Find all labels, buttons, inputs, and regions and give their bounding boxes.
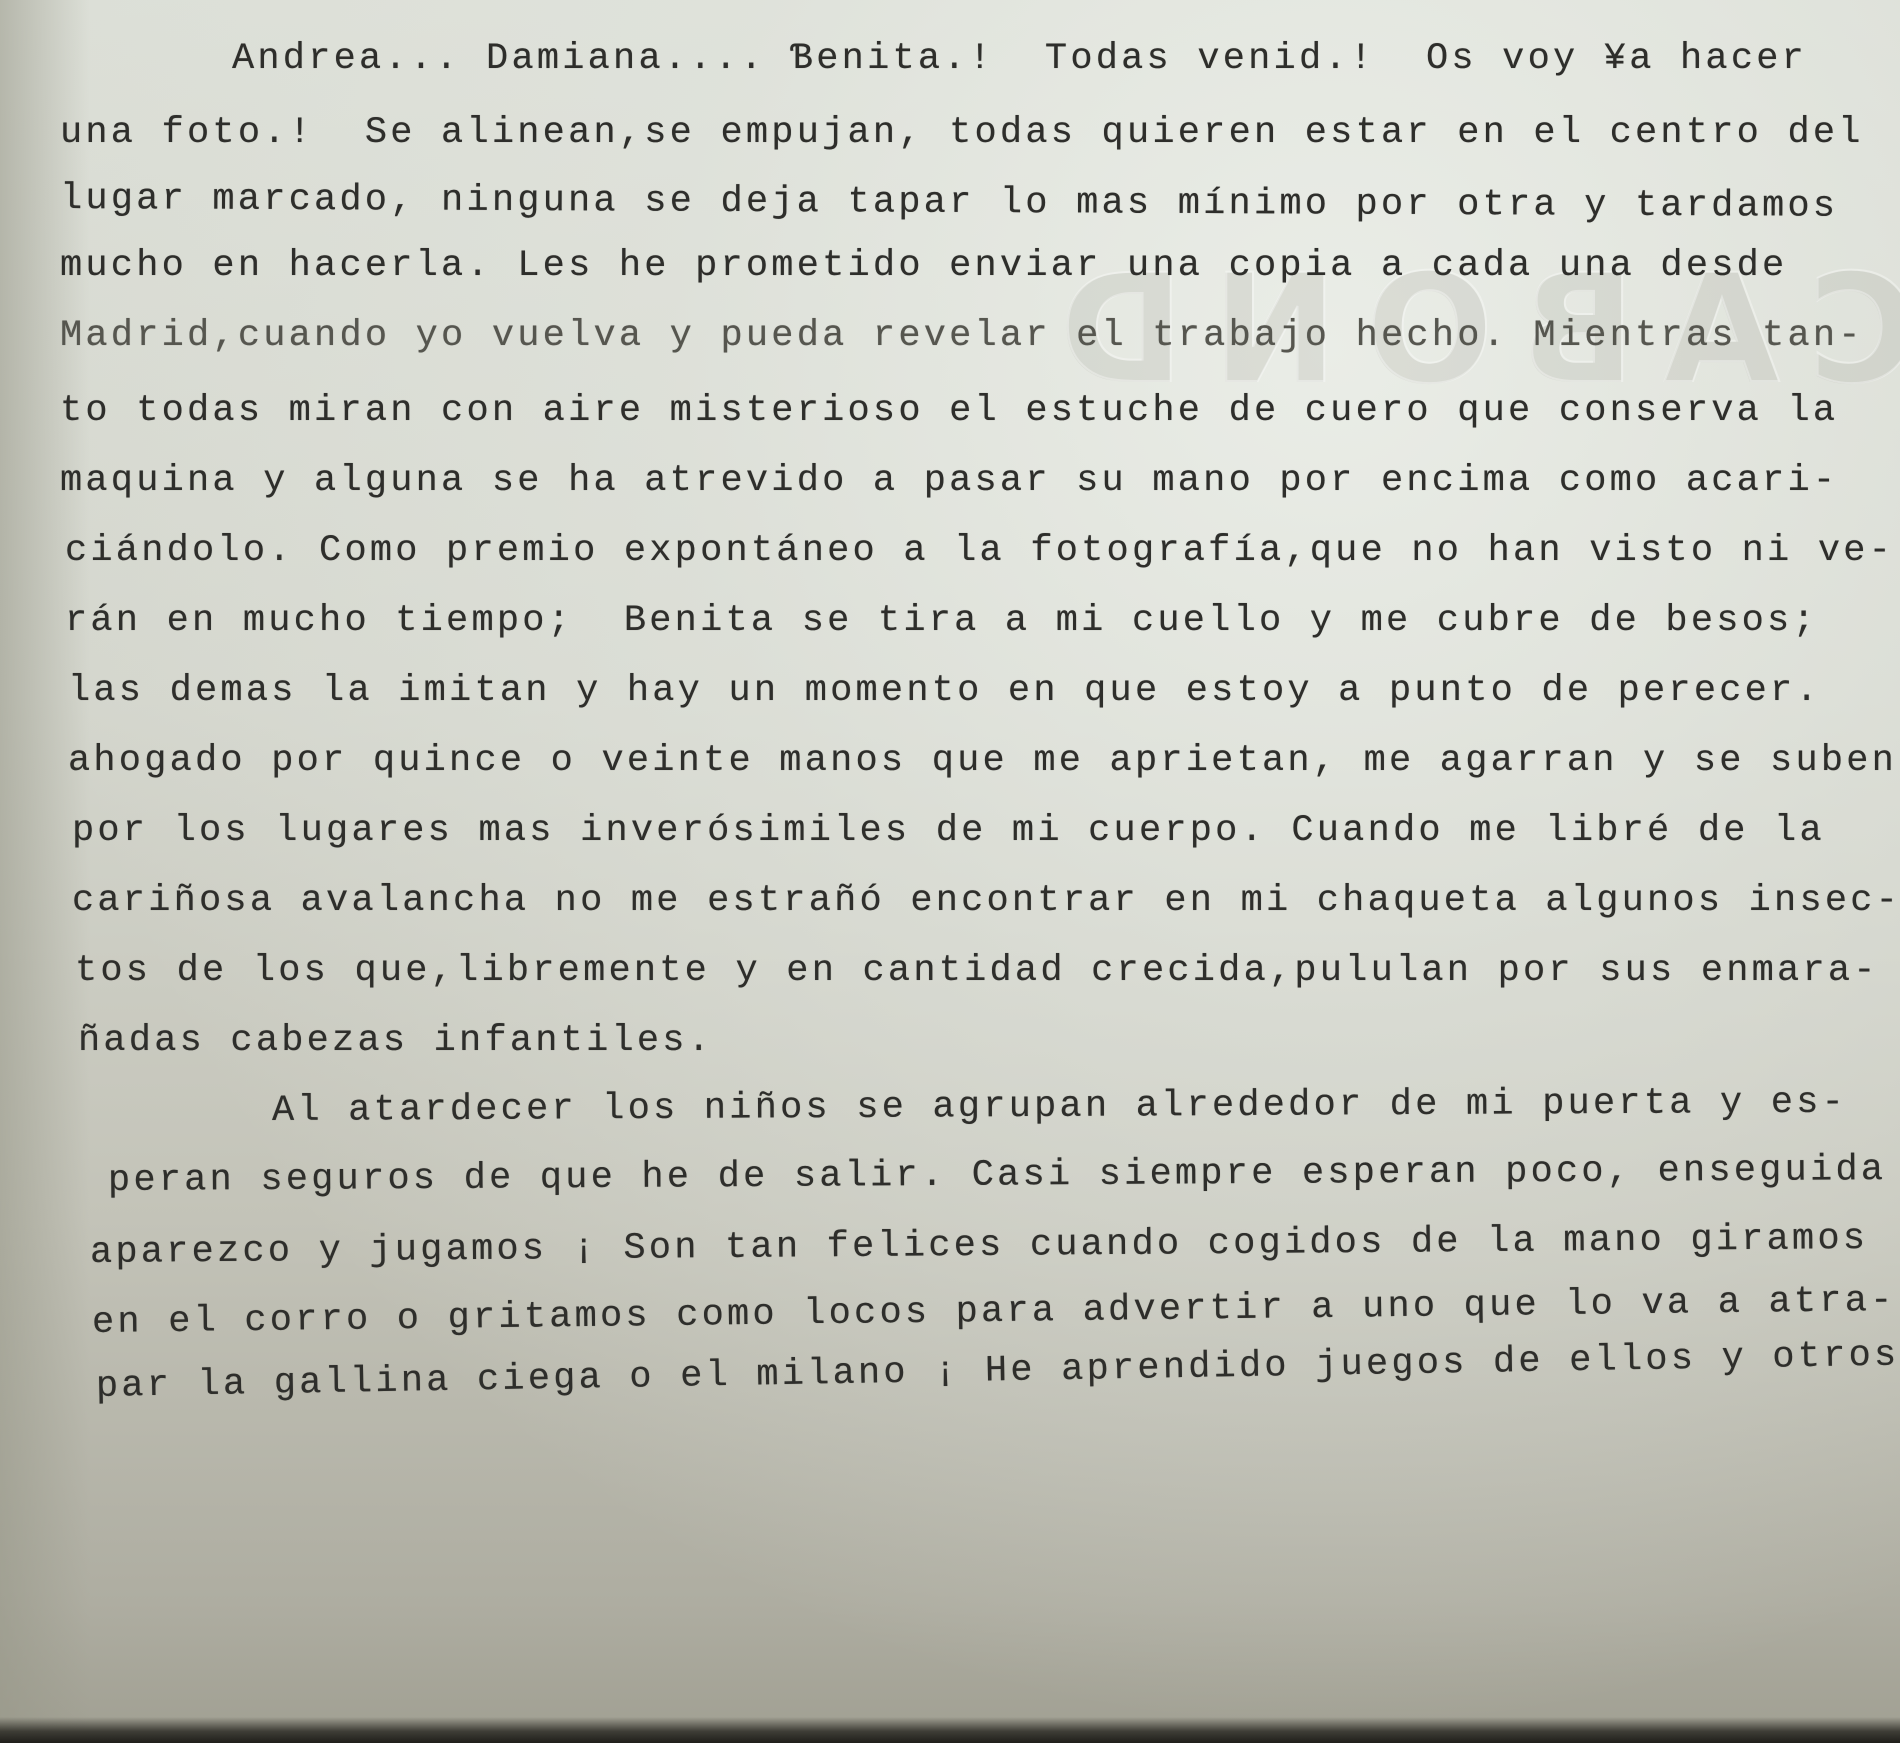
text-line: en el corro o gritamos como locos para a…: [92, 1280, 1896, 1344]
text-line: maquina y alguna se ha atrevido a pasar …: [60, 460, 1838, 502]
text-line: Madrid,cuando yo vuelva y pueda revelar …: [60, 315, 1864, 357]
text-line: ñadas cabezas infantiles.: [78, 1020, 713, 1062]
text-line: por los lugares mas inverósimiles de mi …: [72, 810, 1825, 852]
text-line: lugar marcado, ninguna se deja tapar lo …: [60, 178, 1838, 228]
text-line: aparezco y jugamos ¡ Son tan felices cua…: [90, 1218, 1869, 1274]
text-line: ahogado por quince o veinte manos que me…: [68, 740, 1897, 782]
text-line: to todas miran con aire misterioso el es…: [60, 390, 1838, 432]
text-line: ciándolo. Como premio expontáneo a la fo…: [65, 530, 1894, 572]
text-line: peran seguros de que he de salir. Casi s…: [108, 1149, 1886, 1202]
typewritten-page: C A B O N D Andrea... Damiana.... Ɓenita…: [0, 0, 1900, 1743]
text-line: las demas la imitan y hay un momento en …: [68, 670, 1821, 712]
text-line: par la gallina ciega o el milano ¡ He ap…: [96, 1335, 1900, 1408]
text-line: rán en mucho tiempo; Benita se tira a mi…: [65, 600, 1818, 642]
text-line: una foto.! Se alinean,se empujan, todas …: [60, 112, 1864, 154]
text-line: Al atardecer los niños se agrupan alrede…: [272, 1082, 1847, 1132]
text-line: tos de los que,libremente y en cantidad …: [75, 950, 1879, 992]
text-line: Andrea... Damiana.... Ɓenita.! Todas ven…: [232, 38, 1807, 80]
page-bottom-shadow: [0, 1717, 1900, 1743]
text-line: mucho en hacerla. Les he prometido envia…: [60, 245, 1787, 287]
text-line: cariñosa avalancha no me estrañó encontr…: [72, 880, 1900, 922]
